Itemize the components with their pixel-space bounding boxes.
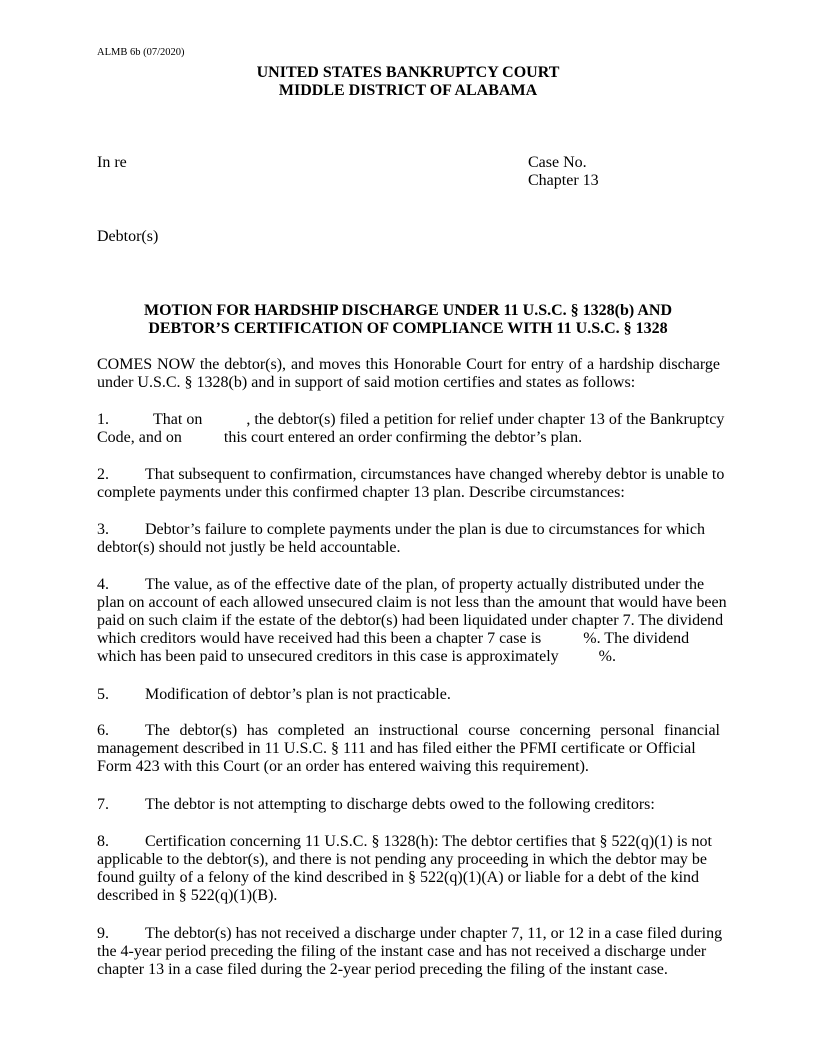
- paragraph-4-line4: which creditors would have received had …: [97, 630, 720, 648]
- in-re-label: In re: [97, 154, 127, 172]
- paragraph-2-line2: complete payments under this confirmed c…: [97, 484, 720, 502]
- paragraph-9-line3: chapter 13 in a case filed during the 2-…: [97, 961, 720, 979]
- paragraph-number: 5.: [97, 686, 145, 704]
- form-id: ALMB 6b (07/2020): [97, 47, 185, 59]
- paragraph-4-line1: 4.The value, as of the effective date of…: [97, 576, 720, 594]
- paragraph-4-line2: plan on account of each allowed unsecure…: [97, 594, 720, 612]
- paragraph-8-line2: applicable to the debtor(s), and there i…: [97, 851, 720, 869]
- paragraph-9-line1: 9.The debtor(s) has not received a disch…: [97, 925, 720, 943]
- paragraph-2-line1: 2.That subsequent to confirmation, circu…: [97, 466, 720, 484]
- paragraph-1-line2: Code, and onthis court entered an order …: [97, 429, 720, 447]
- paragraph-number: 8.: [97, 833, 145, 851]
- paragraph-3-line2: debtor(s) should not justly be held acco…: [97, 539, 720, 557]
- paragraph-5-line1: 5.Modification of debtor’s plan is not p…: [97, 686, 720, 704]
- paragraph-6-line1: 6.The debtor(s) has completed an instruc…: [97, 722, 720, 740]
- intro-line2: under U.S.C. § 1328(b) and in support of…: [97, 374, 720, 392]
- paragraph-number: 9.: [97, 925, 145, 943]
- chapter-label: Chapter 13: [528, 172, 599, 190]
- paragraph-number: 7.: [97, 796, 145, 814]
- document-page: ALMB 6b (07/2020) UNITED STATES BANKRUPT…: [0, 0, 816, 1056]
- paragraph-4-line5: which has been paid to unsecured credito…: [97, 648, 720, 666]
- paragraph-number: 3.: [97, 521, 145, 539]
- paragraph-number: 4.: [97, 576, 145, 594]
- paragraph-6-line3: Form 423 with this Court (or an order ha…: [97, 758, 720, 776]
- paragraph-9-line2: the 4-year period preceding the filing o…: [97, 943, 720, 961]
- court-name: UNITED STATES BANKRUPTCY COURT: [0, 64, 816, 82]
- paragraph-8-line4: described in § 522(q)(1)(B).: [97, 887, 720, 905]
- paragraph-4-line3: paid on such claim if the estate of the …: [97, 612, 720, 630]
- paragraph-1-line1: 1.That on, the debtor(s) filed a petitio…: [97, 411, 720, 429]
- paragraph-number: 2.: [97, 466, 145, 484]
- motion-title-line1: MOTION FOR HARDSHIP DISCHARGE UNDER 11 U…: [0, 302, 816, 320]
- intro-line1: COMES NOW the debtor(s), and moves this …: [97, 356, 720, 374]
- paragraph-number: 1.: [97, 411, 153, 429]
- paragraph-3-line1: 3.Debtor’s failure to complete payments …: [97, 521, 720, 539]
- motion-title-line2: DEBTOR’S CERTIFICATION OF COMPLIANCE WIT…: [0, 320, 816, 338]
- paragraph-number: 6.: [97, 722, 145, 740]
- case-no-label: Case No.: [528, 154, 587, 172]
- paragraph-8-line3: found guilty of a felony of the kind des…: [97, 869, 720, 887]
- paragraph-8-line1: 8.Certification concerning 11 U.S.C. § 1…: [97, 833, 720, 851]
- court-district: MIDDLE DISTRICT OF ALABAMA: [0, 82, 816, 100]
- paragraph-7-line1: 7.The debtor is not attempting to discha…: [97, 796, 720, 814]
- debtors-label: Debtor(s): [97, 228, 158, 246]
- paragraph-6-line2: management described in 11 U.S.C. § 111 …: [97, 740, 720, 758]
